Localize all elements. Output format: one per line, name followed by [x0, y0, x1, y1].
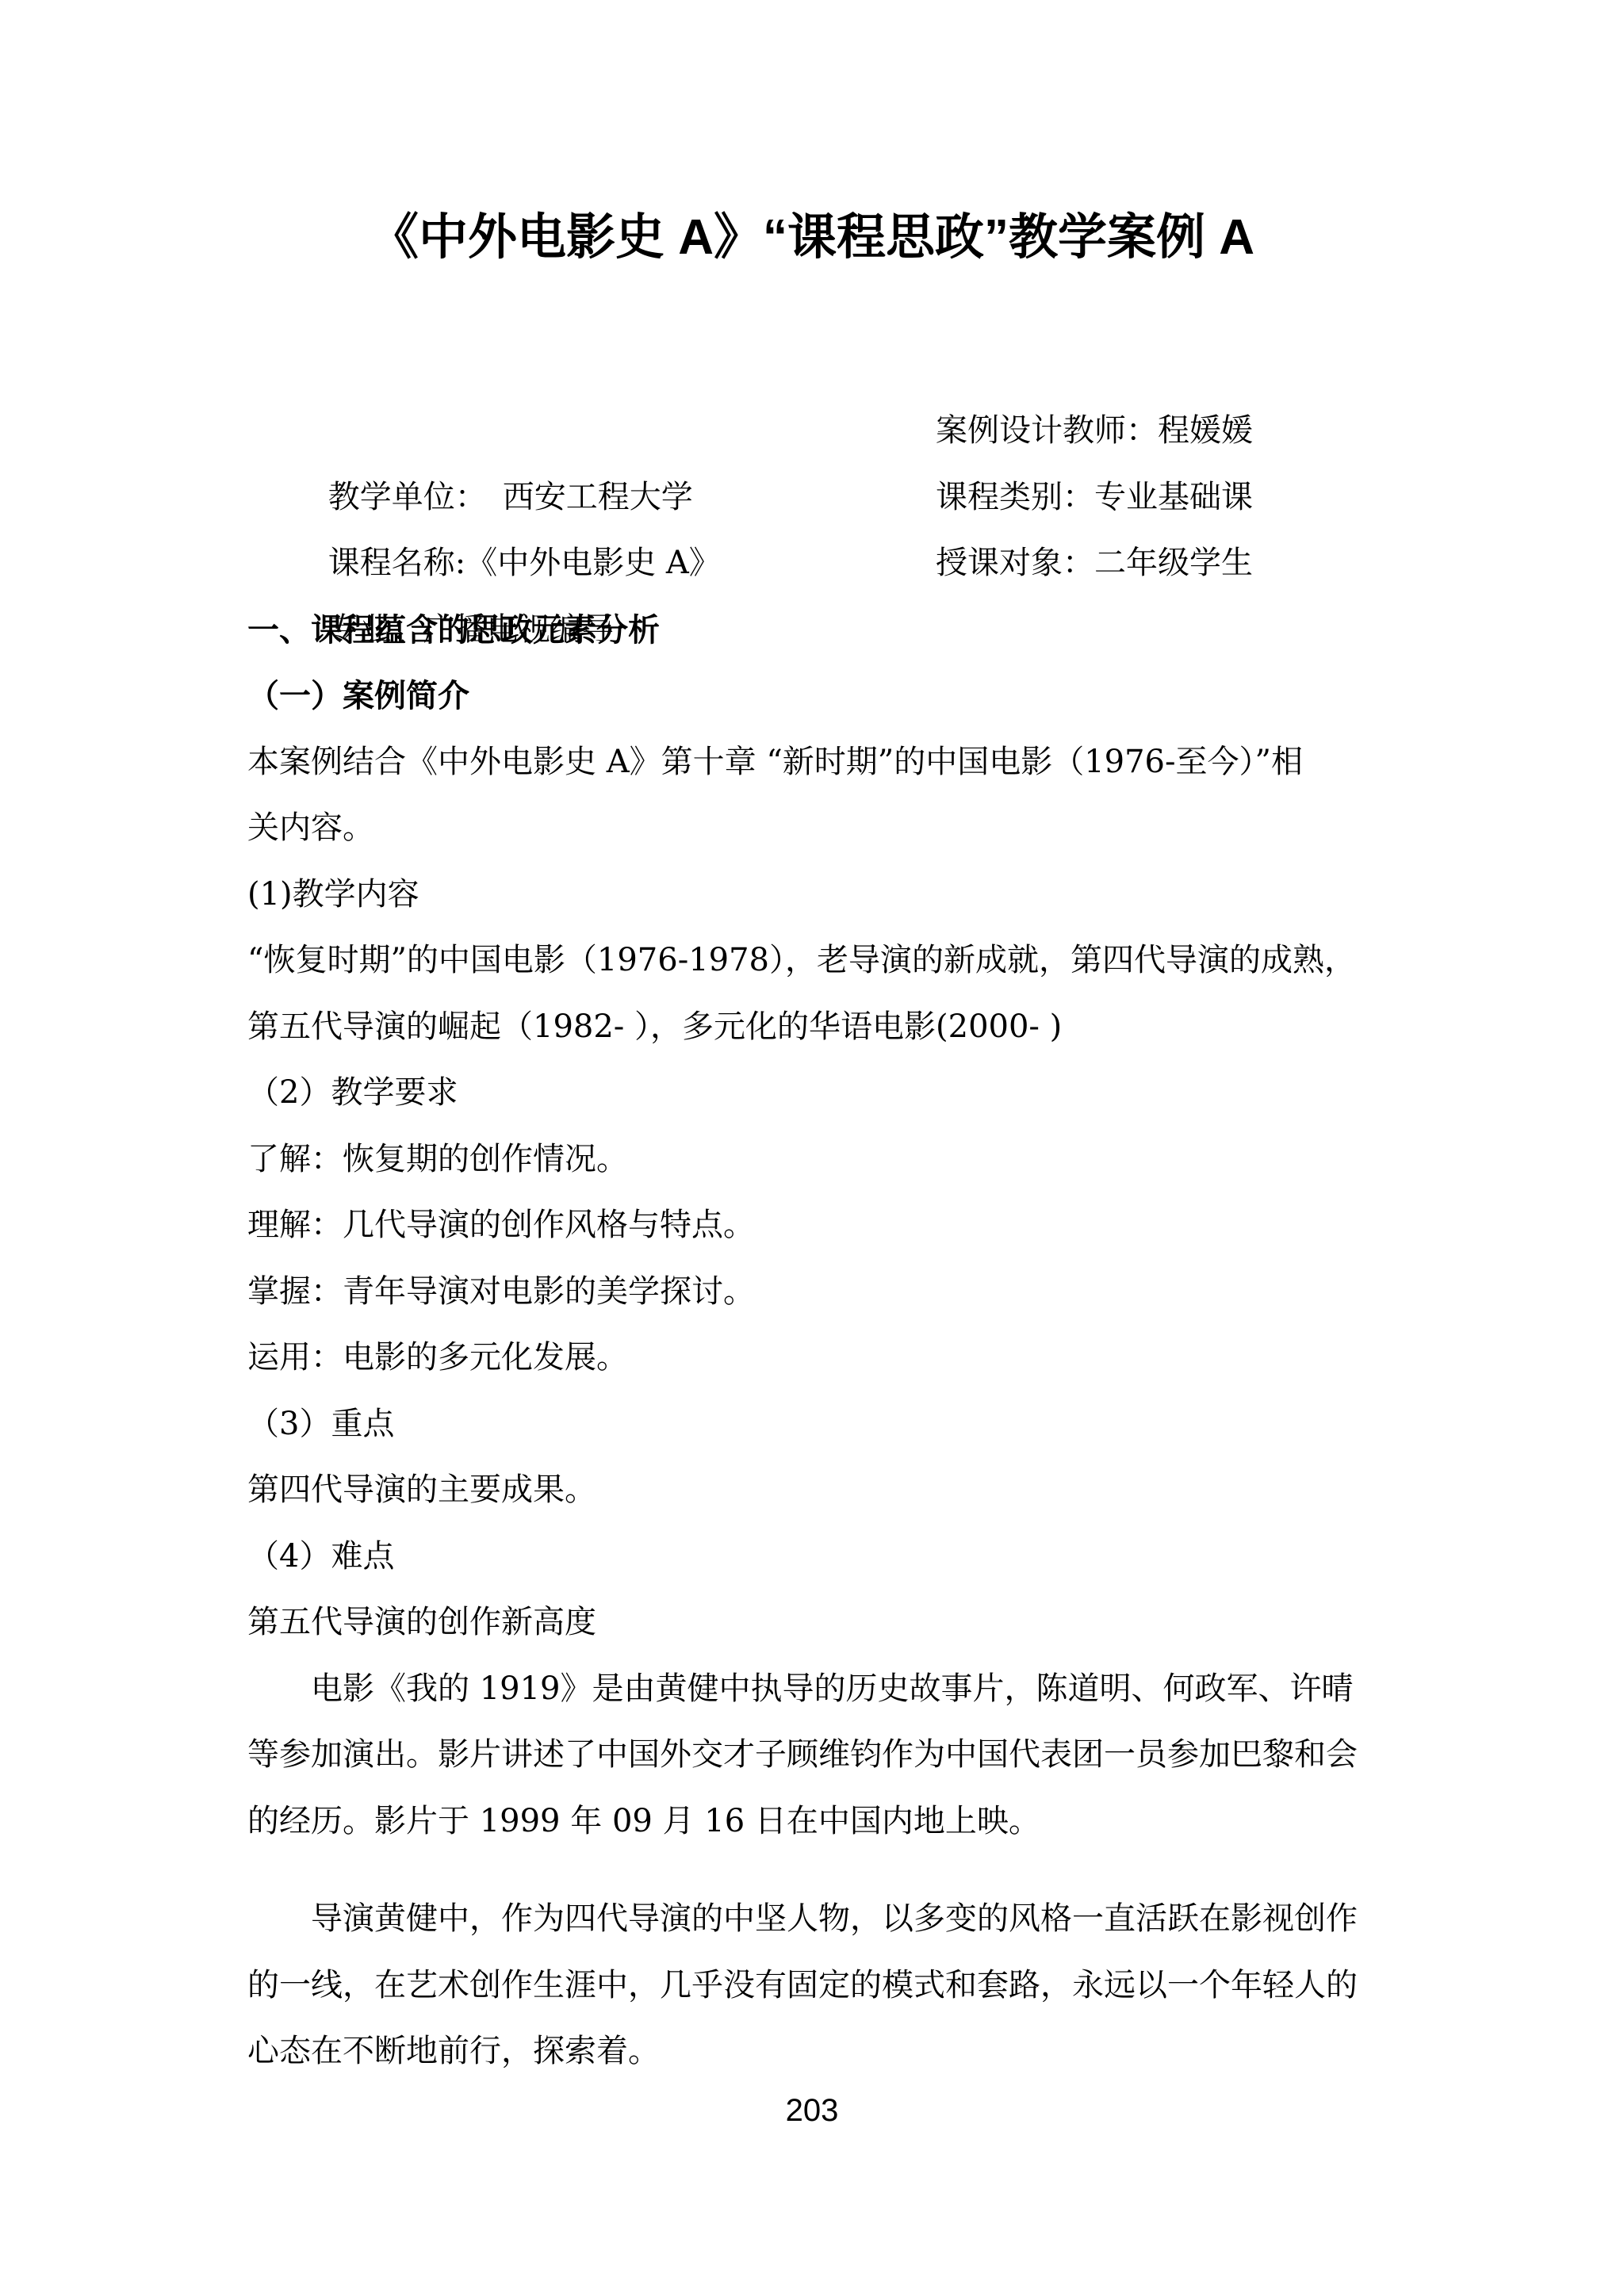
course-meta-block: 教学单位： 西安工程大学 案例设计教师：程媛媛 课程名称:《中外电影史 A》 课…: [247, 398, 1381, 597]
text-line: 的一线，在艺术创作生涯中，几乎没有固定的模式和套路，永远以一个年轻人的: [247, 1953, 1381, 2019]
body-paragraphs: 一、课程蕴含的思政元素分析（一）案例简介本案例结合《中外电影史 A》第十章 “新…: [247, 597, 1381, 2085]
text-line: （3）重点: [247, 1391, 1381, 1458]
text-line: 本案例结合《中外电影史 A》第十章 “新时期”的中国电影（1976-至今）”相: [247, 729, 1381, 796]
meta-major: 专业：广播电视编导: [328, 611, 614, 648]
document-page: 《中外电影史 A》“课程思政”教学案例 A 教学单位： 西安工程大学 案例设计教…: [0, 0, 1624, 2296]
paragraph: （4）难点: [247, 1524, 1381, 1590]
text-line: 的经历。影片于 1999 年 09 月 16 日在中国内地上映。: [247, 1789, 1381, 1855]
meta-row-3: 专业：广播电视编导 授课对象：二年级学生: [247, 530, 1381, 597]
paragraph: 导演黄健中，作为四代导演的中坚人物，以多变的风格一直活跃在影视创作的一线，在艺术…: [247, 1886, 1381, 2085]
paragraph: 第四代导演的主要成果。: [247, 1457, 1381, 1524]
paragraph: 理解：几代导演的创作风格与特点。: [247, 1192, 1381, 1259]
paragraph: (1)教学内容: [247, 862, 1381, 928]
paragraph: 第五代导演的创作新高度: [247, 1590, 1381, 1656]
text-line: 第五代导演的崛起（1982- ），多元化的华语电影(2000- ): [247, 994, 1381, 1061]
meta-course-category: 课程类别：专业基础课: [936, 465, 1253, 531]
paragraph: （3）重点: [247, 1391, 1381, 1458]
text-line: 运用：电影的多元化发展。: [247, 1325, 1381, 1391]
text-line: 心态在不断地前行，探索着。: [247, 2019, 1381, 2085]
text-line: (1)教学内容: [247, 862, 1381, 928]
paragraph: 本案例结合《中外电影史 A》第十章 “新时期”的中国电影（1976-至今）”相关…: [247, 729, 1381, 862]
meta-row-1: 教学单位： 西安工程大学 案例设计教师：程媛媛: [247, 398, 1381, 465]
meta-row-2: 课程名称:《中外电影史 A》 课程类别：专业基础课: [247, 465, 1381, 531]
text-line: 等参加演出。影片讲述了中国外交才子顾维钧作为中国代表团一员参加巴黎和会: [247, 1722, 1381, 1789]
text-line: “恢复时期”的中国电影（1976-1978），老导演的新成就，第四代导演的成熟，: [247, 928, 1381, 994]
meta-student-audience: 授课对象：二年级学生: [936, 530, 1253, 597]
meta-case-designer: 案例设计教师：程媛媛: [936, 398, 1253, 465]
text-line: （一）案例简介: [247, 663, 1381, 729]
subsection-heading: （一）案例简介: [247, 663, 1381, 729]
text-line: （2）教学要求: [247, 1060, 1381, 1127]
text-line: 导演黄健中，作为四代导演的中坚人物，以多变的风格一直活跃在影视创作: [247, 1886, 1381, 1953]
paragraph: 运用：电影的多元化发展。: [247, 1325, 1381, 1391]
paragraph: 电影《我的 1919》是由黄健中执导的历史故事片，陈道明、何政军、许晴等参加演出…: [247, 1656, 1381, 1855]
text-line: 第五代导演的创作新高度: [247, 1590, 1381, 1656]
paragraph: 了解：恢复期的创作情况。: [247, 1127, 1381, 1193]
text-line: 电影《我的 1919》是由黄健中执导的历史故事片，陈道明、何政军、许晴: [247, 1656, 1381, 1723]
text-line: 了解：恢复期的创作情况。: [247, 1127, 1381, 1193]
document-title: 《中外电影史 A》“课程思政”教学案例 A: [0, 205, 1624, 271]
text-line: 第四代导演的主要成果。: [247, 1457, 1381, 1524]
document-body: 教学单位： 西安工程大学 案例设计教师：程媛媛 课程名称:《中外电影史 A》 课…: [247, 398, 1381, 2085]
page-number: 203: [0, 2088, 1624, 2133]
text-line: 关内容。: [247, 795, 1381, 862]
paragraph: （2）教学要求: [247, 1060, 1381, 1127]
text-line: 理解：几代导演的创作风格与特点。: [247, 1192, 1381, 1259]
paragraph: “恢复时期”的中国电影（1976-1978），老导演的新成就，第四代导演的成熟，…: [247, 928, 1381, 1060]
text-line: （4）难点: [247, 1524, 1381, 1590]
text-line: 掌握：青年导演对电影的美学探讨。: [247, 1259, 1381, 1326]
paragraph: 掌握：青年导演对电影的美学探讨。: [247, 1259, 1381, 1326]
